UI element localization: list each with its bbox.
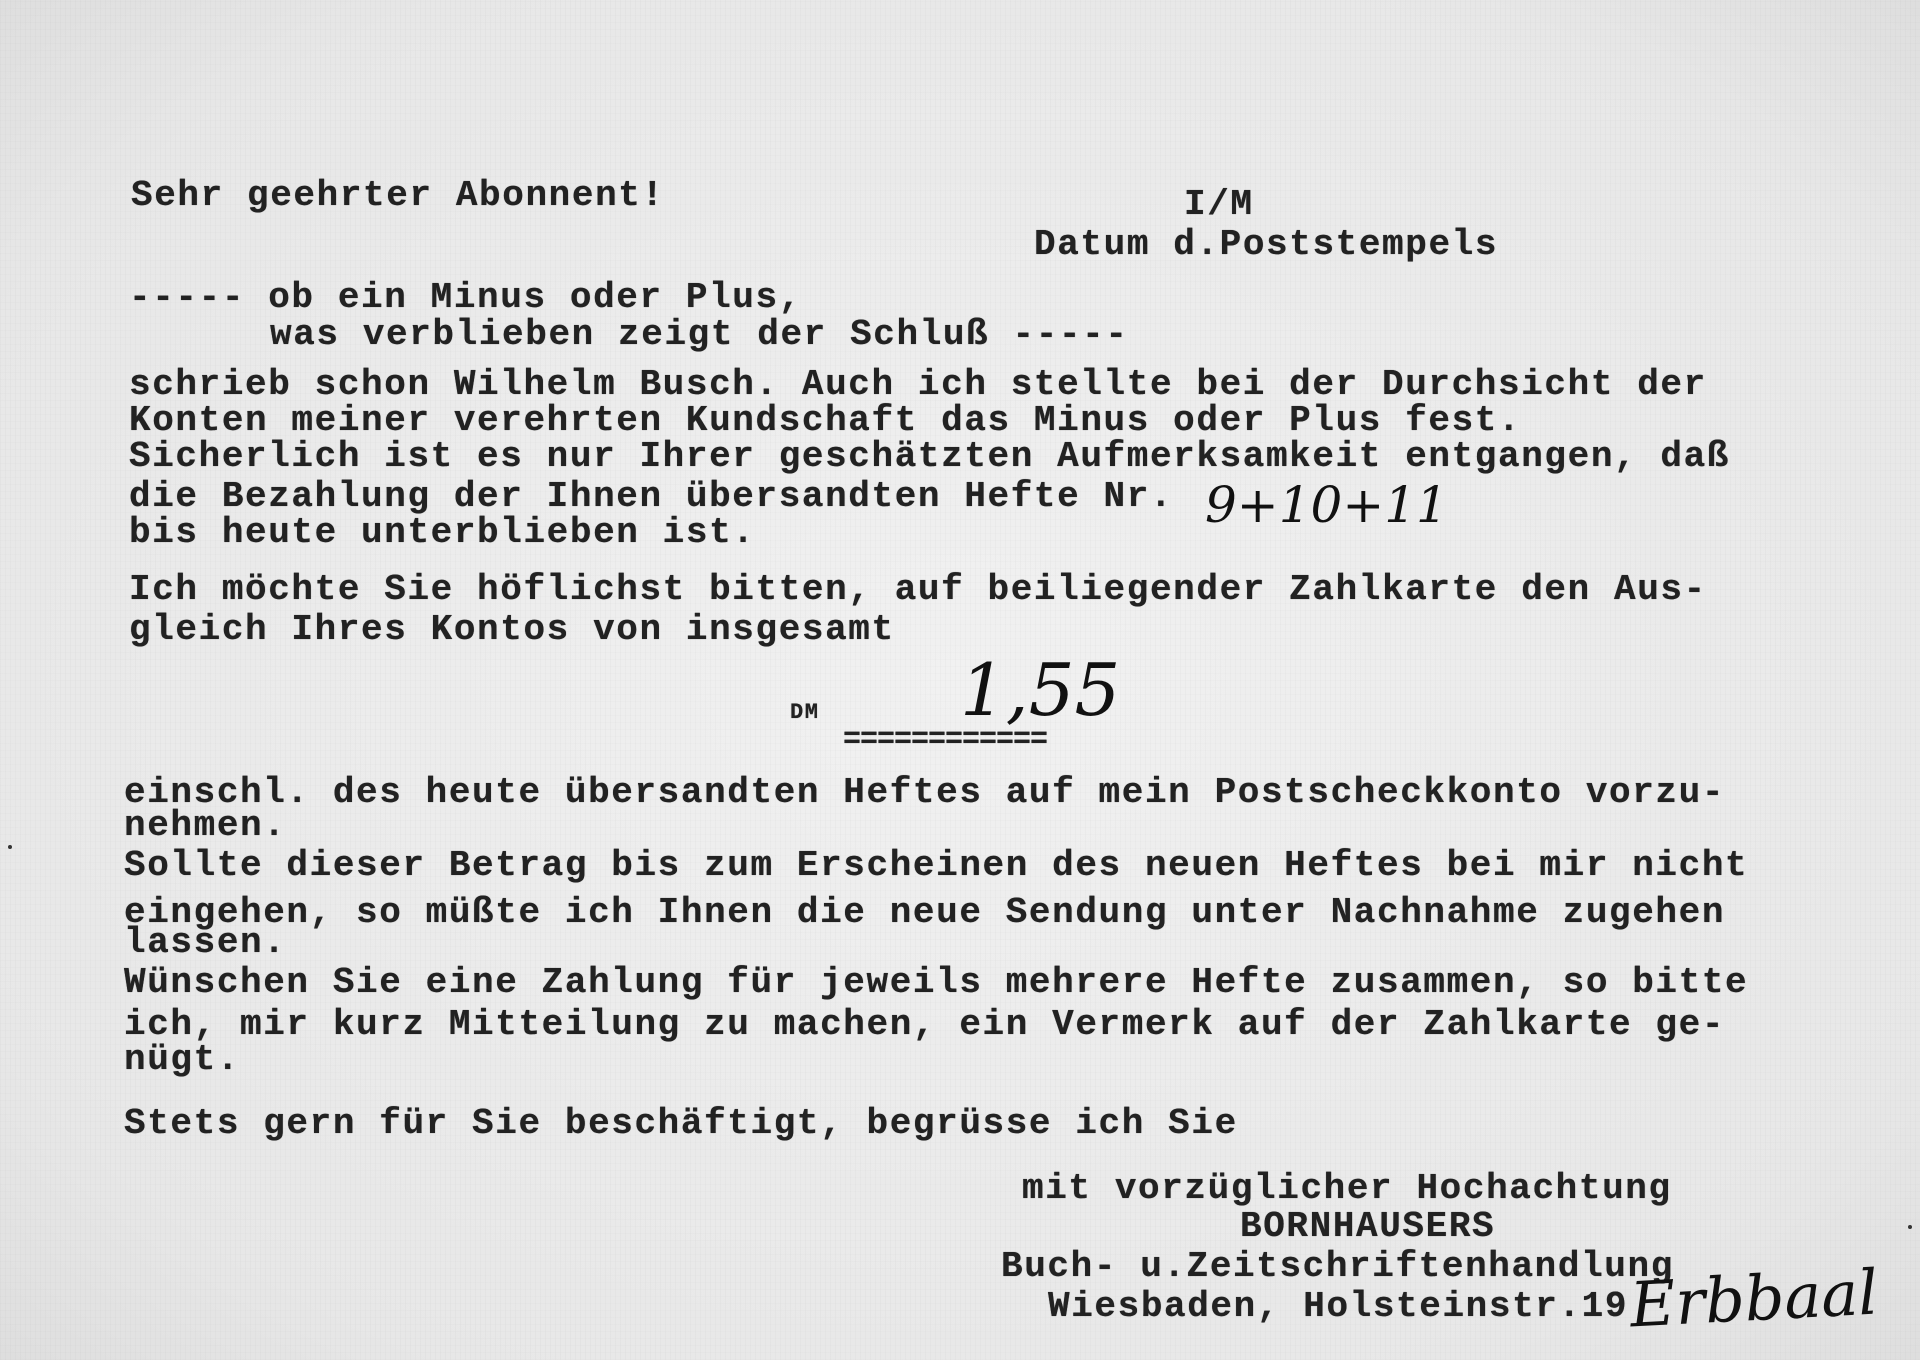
paragraph3-line-3: Sollte dieser Betrag bis zum Erscheinen … bbox=[124, 846, 1748, 886]
reference-code: I/M bbox=[1184, 185, 1254, 225]
paragraph3-line-2: nehmen. bbox=[124, 806, 286, 846]
amount-underline: ============ bbox=[843, 720, 1047, 760]
paragraph1-line-5: bis heute unterblieben ist. bbox=[129, 513, 756, 553]
paragraph3-line-4: eingehen, so müßte ich Ihnen die neue Se… bbox=[124, 893, 1725, 933]
closing-line: Stets gern für Sie beschäftigt, begrüsse… bbox=[124, 1104, 1238, 1144]
salutation: Sehr geehrter Abonnent! bbox=[131, 176, 665, 216]
paragraph2-line-2: gleich Ihres Kontos von insgesamt bbox=[129, 610, 895, 650]
paragraph3-line-5: lassen. bbox=[124, 923, 286, 963]
handwritten-signature: Erbbaal bbox=[1628, 1256, 1880, 1342]
date-line: Datum d.Poststempels bbox=[1034, 225, 1498, 265]
signature-line-4: Wiesbaden, Holsteinstr.19 bbox=[1048, 1287, 1628, 1327]
paragraph1-line-4: die Bezahlung der Ihnen übersandten Heft… bbox=[129, 477, 1173, 517]
paragraph3-line-6: Wünschen Sie eine Zahlung für jeweils me… bbox=[124, 963, 1748, 1003]
currency-symbol: DM bbox=[790, 693, 820, 733]
paragraph3-line-8: nügt. bbox=[124, 1040, 240, 1080]
paragraph1-line-2: Konten meiner verehrten Kundschaft das M… bbox=[129, 401, 1521, 441]
paper-speck bbox=[8, 845, 12, 849]
paragraph1-line-1: schrieb schon Wilhelm Busch. Auch ich st… bbox=[129, 365, 1707, 405]
paragraph3-line-1: einschl. des heute übersandten Heftes au… bbox=[124, 773, 1725, 813]
paragraph1-line-3: Sicherlich ist es nur Ihrer geschätzten … bbox=[129, 437, 1730, 477]
signature-line-3: Buch- u.Zeitschriftenhandlung bbox=[1001, 1247, 1674, 1287]
paragraph3-line-7: ich, mir kurz Mitteilung zu machen, ein … bbox=[124, 1005, 1725, 1045]
paragraph2-line-1: Ich möchte Sie höflichst bitten, auf bei… bbox=[129, 570, 1707, 610]
signature-line-2: BORNHAUSERS bbox=[1240, 1207, 1495, 1247]
letter-paper: Sehr geehrter Abonnent! I/M Datum d.Post… bbox=[0, 0, 1920, 1360]
signature-line-1: mit vorzüglicher Hochachtung bbox=[1022, 1169, 1672, 1209]
quote-line-1: ----- ob ein Minus oder Plus, bbox=[129, 278, 802, 318]
handwritten-issue-numbers: 9+10+11 bbox=[1205, 476, 1448, 534]
paper-speck bbox=[1908, 1225, 1912, 1229]
quote-line-2: was verblieben zeigt der Schluß ----- bbox=[270, 315, 1129, 355]
